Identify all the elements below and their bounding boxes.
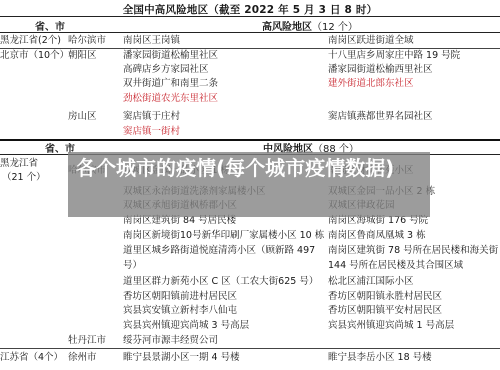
area-cell: 宾县宾安镇立新村李八仙屯 (123, 304, 237, 317)
area-cell: 南岗区新境街10号新华印刷厂家属楼小区 10 栋 (123, 229, 324, 242)
area-cell: 南岗区鲁商凤凰城 3 栋 (328, 229, 426, 242)
area-cell: 香坊区朝阳镇平安村居民区 (328, 304, 442, 317)
high-risk-area-header: 高风险地区（12 个） (262, 18, 358, 33)
area-cell: 睢宁县景湖小区一期 4 号楼 (123, 351, 240, 364)
area-cell: 双井街道广和南里二条 (123, 77, 218, 90)
area-cell-highlighted: 建外街道北郎东社区 (328, 77, 414, 90)
province-cell: 北京市（10个） (0, 49, 69, 62)
area-cell: 窦店镇于庄村 (123, 110, 180, 123)
divider (0, 32, 500, 33)
area-cell: 南岗区王岗镇 (123, 34, 180, 47)
area-cell: 窦店镇燕都世界名园社区 (328, 110, 433, 123)
city-cell: 房山区 (68, 110, 97, 123)
area-cell: 南岗区跃进街道全域 (328, 34, 414, 47)
area-cell: 香坊区朝阳镇前进村居民区 (123, 290, 237, 303)
area-cell: 潘家园街道松榆西里社区 (328, 63, 433, 76)
area-cell: 道里区群力新苑小区 C 区（工农大街625 号） (123, 275, 318, 288)
province-cell: 江苏省（4个） (0, 351, 63, 364)
high-risk-province-header: 省、市 (35, 18, 65, 33)
document-title: 全国中高风险地区（截至 2022 年 5 月 3 日 8 时） (0, 2, 500, 17)
area-cell-highlighted: 窦店镇一街村 (123, 125, 180, 138)
area-cell: 南岗区建筑街 78 号所在居民楼和海关街 (328, 244, 498, 257)
area-cell: 宾县宾州镇迎宾尚城 1 号高层 (328, 319, 454, 332)
city-cell: 牡丹江市 (68, 334, 106, 347)
city-cell: 朝阳区 (68, 49, 97, 62)
area-cell: 宾县宾州镇迎宾尚城 3 号高层 (123, 319, 249, 332)
city-cell: 徐州市 (68, 351, 97, 364)
area-cell: 高碑店乡方家园社区 (123, 63, 209, 76)
divider (0, 16, 500, 17)
province-count-cell: （21 个） (2, 171, 46, 184)
divider (0, 139, 500, 141)
province-cell: 黑龙江省 (0, 157, 38, 170)
area-cell: 睢宁县李岳小区 18 号楼 (328, 351, 432, 364)
area-cell: 潘家园街道松榆里社区 (123, 49, 218, 62)
province-cell: 黑龙江省(2个) (0, 34, 61, 47)
area-cell-highlighted: 劲松街道农光东里社区 (123, 92, 218, 105)
area-cell: 144 号所在居民楼及其合围区域 (328, 259, 463, 272)
area-cell: 号） (123, 259, 142, 272)
caption-overlay-text: 各个城市的疫情(每个城市疫情数据) (76, 153, 426, 183)
area-cell: 绥芬河市源丰经贸公司 (123, 334, 218, 347)
area-cell: 道里区城乡路街道悦庭清湾小区（顾新路 497 (123, 244, 315, 257)
divider (0, 348, 500, 349)
area-cell: 松北区浦江国际小区 (328, 275, 414, 288)
area-cell: 香坊区朝阳镇永胜村居民区 (328, 290, 442, 303)
area-cell: 十八里店乡周家庄中路 19 号院 (328, 49, 460, 62)
city-cell: 哈尔滨市 (68, 34, 106, 47)
